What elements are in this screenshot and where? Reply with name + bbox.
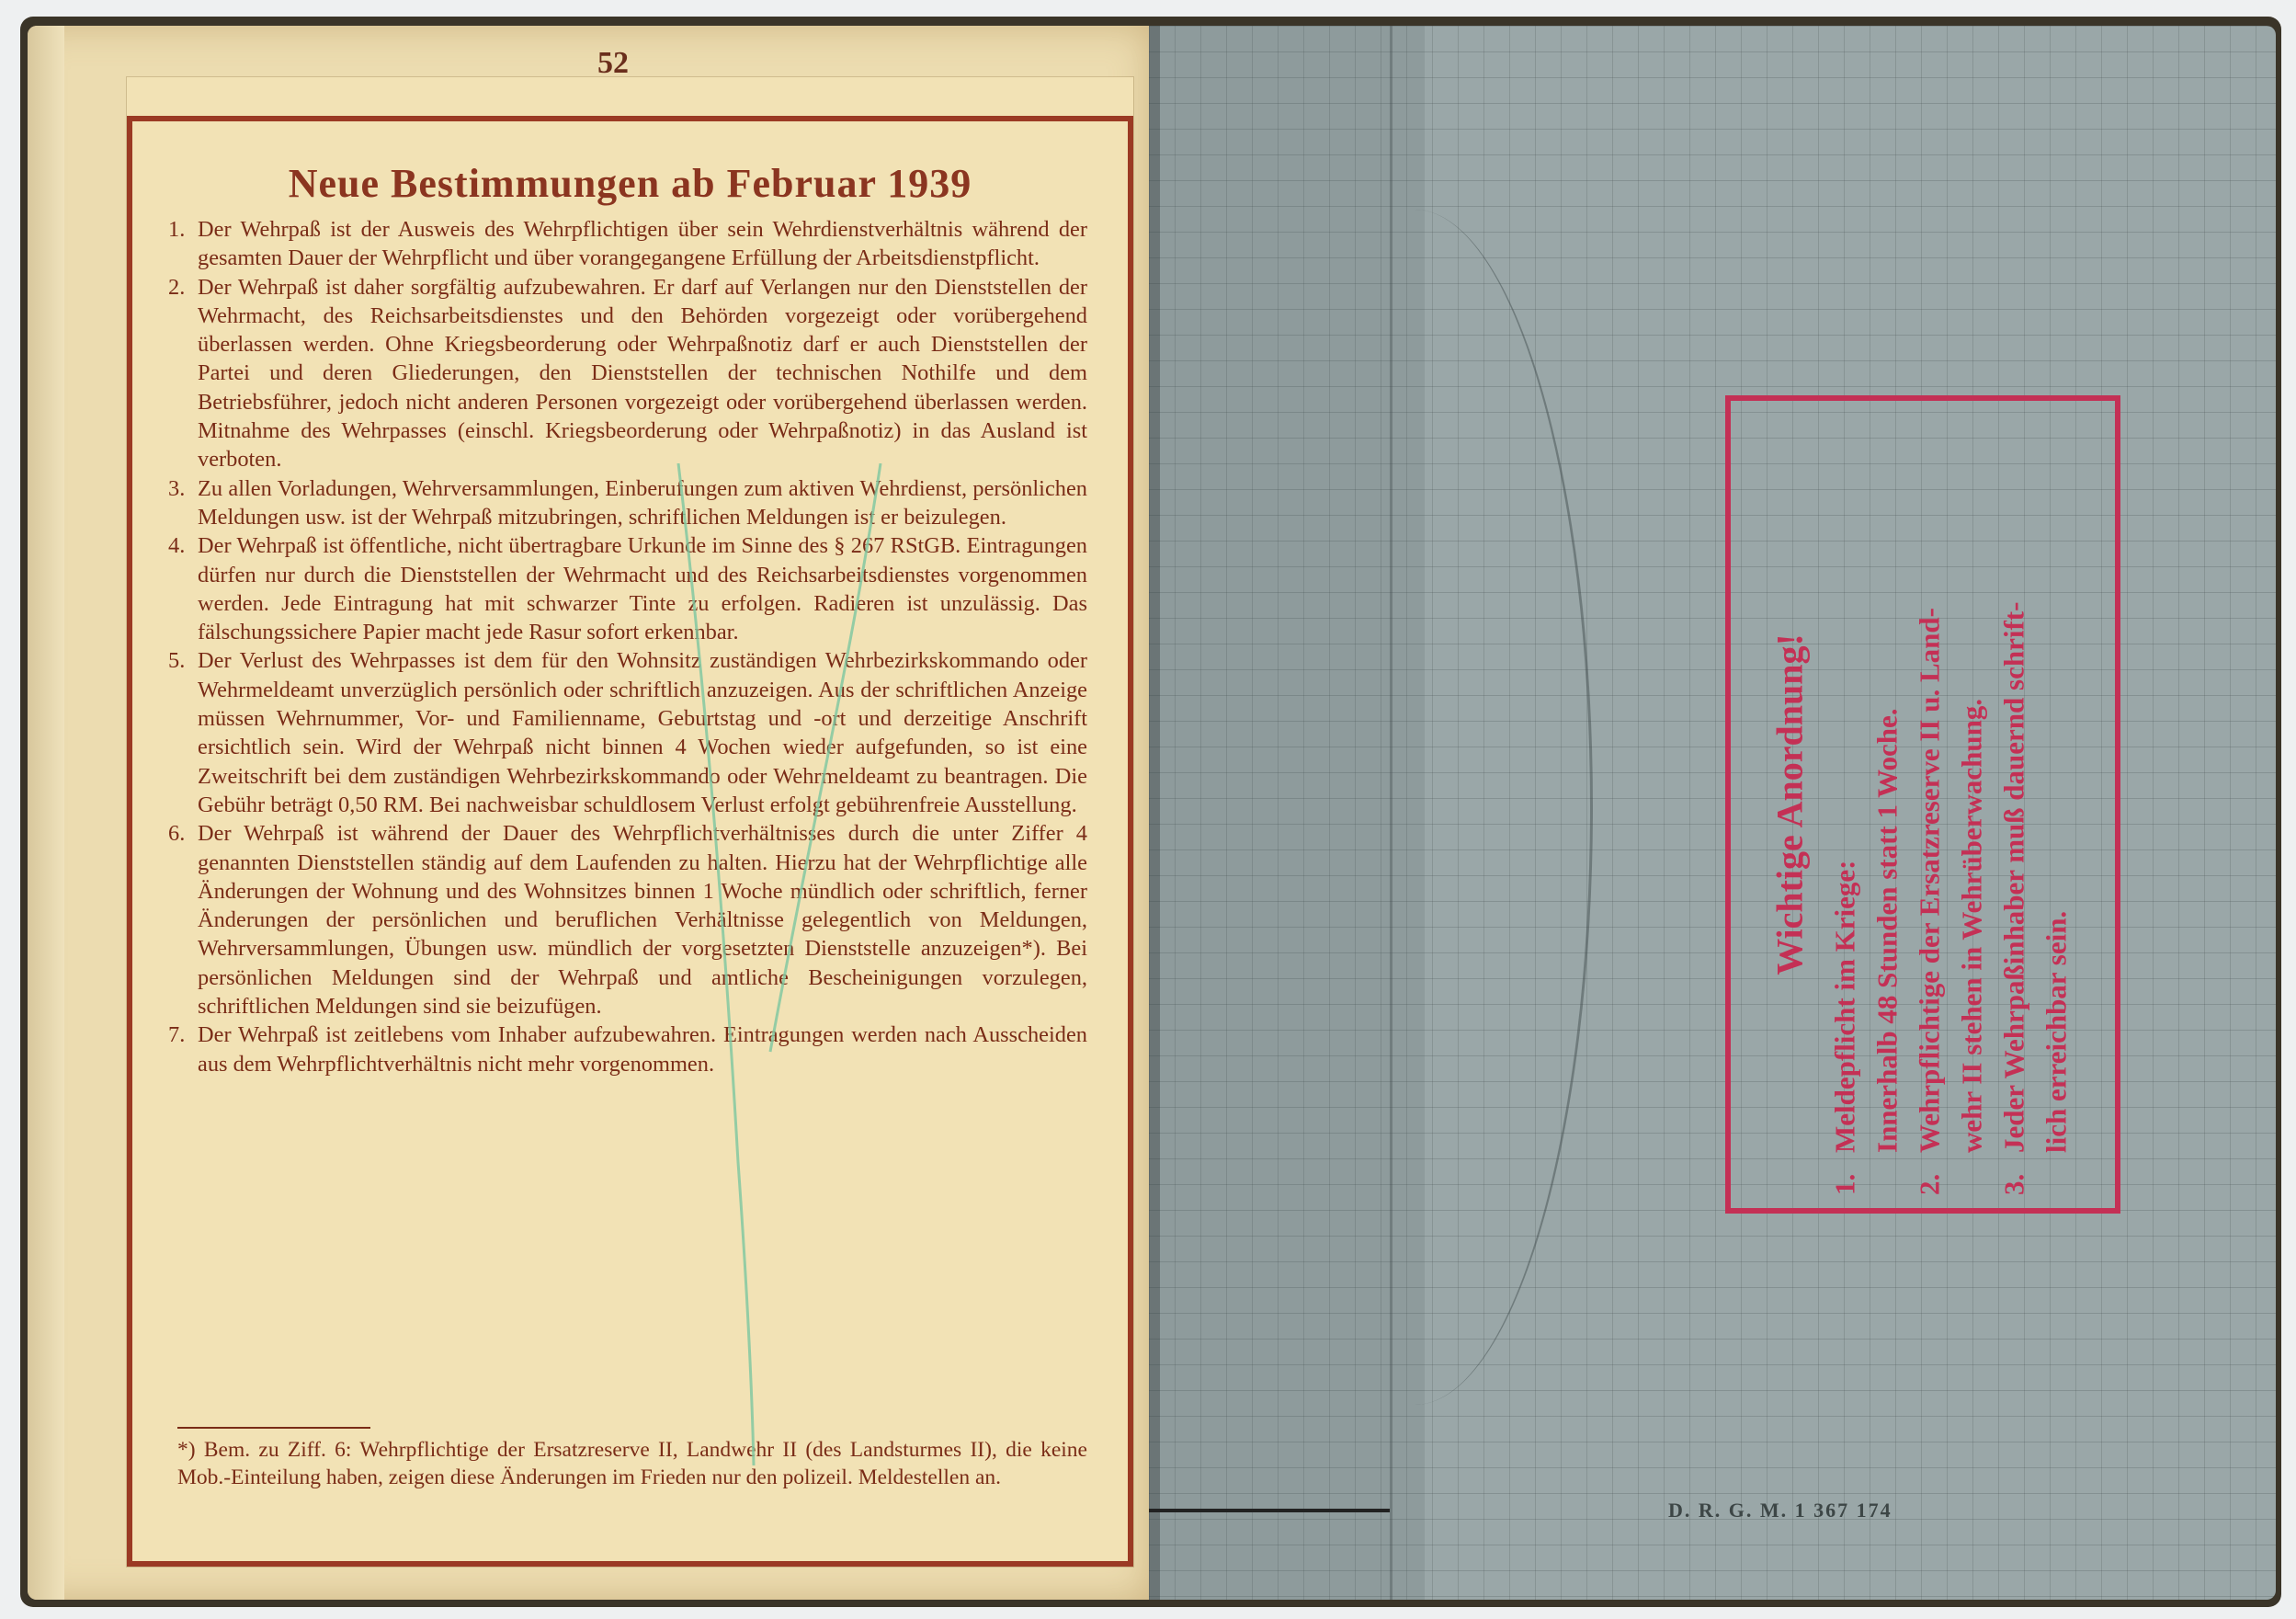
item-text: Der Wehrpaß ist der Ausweis des Wehrpfli… bbox=[198, 215, 1087, 273]
item-text: Der Wehrpaß ist während der Dauer des We… bbox=[198, 819, 1087, 1020]
item-number: 2. bbox=[168, 273, 198, 474]
item-text: Zu allen Vorladungen, Wehrversammlungen,… bbox=[198, 474, 1087, 532]
item-text: Der Verlust des Wehrpasses ist dem für d… bbox=[198, 646, 1087, 819]
stamp-line-number: 1. bbox=[1824, 1153, 1867, 1195]
stamp-line-text: Wehrpflichtige der Ersatzreserve II u. L… bbox=[1914, 608, 1946, 1153]
stamp-text-rotated: Wichtige Anordnung! 1.Meldepflicht im Kr… bbox=[1768, 414, 2078, 1195]
item-number: 4. bbox=[168, 531, 198, 646]
stamp-line-number: 2. bbox=[1909, 1153, 1951, 1195]
stamp-line-text: Innerhalb 48 Stunden statt 1 Woche. bbox=[1871, 709, 1904, 1153]
stamp-line: Innerhalb 48 Stunden statt 1 Woche. bbox=[1867, 414, 1909, 1195]
item-number: 1. bbox=[168, 215, 198, 273]
footnote: *) Bem. zu Ziff. 6: Wehrpflichtige der E… bbox=[177, 1436, 1087, 1491]
item-number: 7. bbox=[168, 1020, 198, 1078]
stamp-line: 1.Meldepflicht im Kriege: bbox=[1824, 414, 1867, 1195]
regulation-item: 4.Der Wehrpaß ist öffentliche, nicht übe… bbox=[168, 531, 1087, 646]
regulation-item: 3.Zu allen Vorladungen, Wehrversammlunge… bbox=[168, 474, 1087, 532]
footnote-divider bbox=[177, 1427, 370, 1429]
regulation-item: 7.Der Wehrpaß ist zeitlebens vom Inhaber… bbox=[168, 1020, 1087, 1078]
regulations-list: 1.Der Wehrpaß ist der Ausweis des Wehrpf… bbox=[168, 215, 1087, 1078]
page-number: 52 bbox=[597, 46, 629, 81]
item-number: 6. bbox=[168, 819, 198, 1020]
patent-mark: D. R. G. M. 1 367 174 bbox=[1668, 1499, 1892, 1522]
item-number: 5. bbox=[168, 646, 198, 819]
pocket-opening-curve[interactable] bbox=[1296, 210, 1593, 1405]
regulation-item: 5.Der Verlust des Wehrpasses ist dem für… bbox=[168, 646, 1087, 819]
regulation-item: 6.Der Wehrpaß ist während der Dauer des … bbox=[168, 819, 1087, 1020]
stamp-line: lich erreichbar sein. bbox=[2036, 414, 2078, 1195]
item-text: Der Wehrpaß ist öffentliche, nicht übert… bbox=[198, 531, 1087, 646]
stamp-line: 3.Jeder Wehrpaßinhaber muß dauernd schri… bbox=[1994, 414, 2036, 1195]
stamp-line-number: 3. bbox=[1994, 1153, 2036, 1195]
right-page-cover-pocket: Wichtige Anordnung! 1.Meldepflicht im Kr… bbox=[1149, 26, 2276, 1600]
stamp-line: wehr II stehen in Wehrüberwachung. bbox=[1951, 414, 1994, 1195]
stamp-line-text: wehr II stehen in Wehrüberwachung. bbox=[1956, 699, 1988, 1153]
item-number: 3. bbox=[168, 474, 198, 532]
regulation-item: 2.Der Wehrpaß ist daher sorgfältig aufzu… bbox=[168, 273, 1087, 474]
stamp-line-text: Jeder Wehrpaßinhaber muß dauernd schrift… bbox=[1998, 602, 2030, 1153]
page-stack-edge bbox=[28, 26, 64, 1600]
regulation-item: 1.Der Wehrpaß ist der Ausweis des Wehrpf… bbox=[168, 215, 1087, 273]
regulations-slip: Neue Bestimmungen ab Februar 1939 1.Der … bbox=[127, 77, 1133, 1567]
left-page: 52 Neue Bestimmungen ab Februar 1939 1.D… bbox=[28, 26, 1149, 1600]
item-text: Der Wehrpaß ist zeitlebens vom Inhaber a… bbox=[198, 1020, 1087, 1078]
stamp-line-text: lich erreichbar sein. bbox=[2040, 911, 2073, 1153]
stamp-title: Wichtige Anordnung! bbox=[1768, 414, 1812, 1195]
notice-stamp: Wichtige Anordnung! 1.Meldepflicht im Kr… bbox=[1725, 395, 2120, 1214]
stamp-line-text: Meldepflicht im Kriege: bbox=[1829, 860, 1861, 1153]
pocket-tear bbox=[1149, 1509, 1390, 1512]
document-title: Neue Bestimmungen ab Februar 1939 bbox=[127, 160, 1133, 207]
item-text: Der Wehrpaß ist daher sorgfältig aufzube… bbox=[198, 273, 1087, 474]
stamp-line: 2.Wehrpflichtige der Ersatzreserve II u.… bbox=[1909, 414, 1951, 1195]
